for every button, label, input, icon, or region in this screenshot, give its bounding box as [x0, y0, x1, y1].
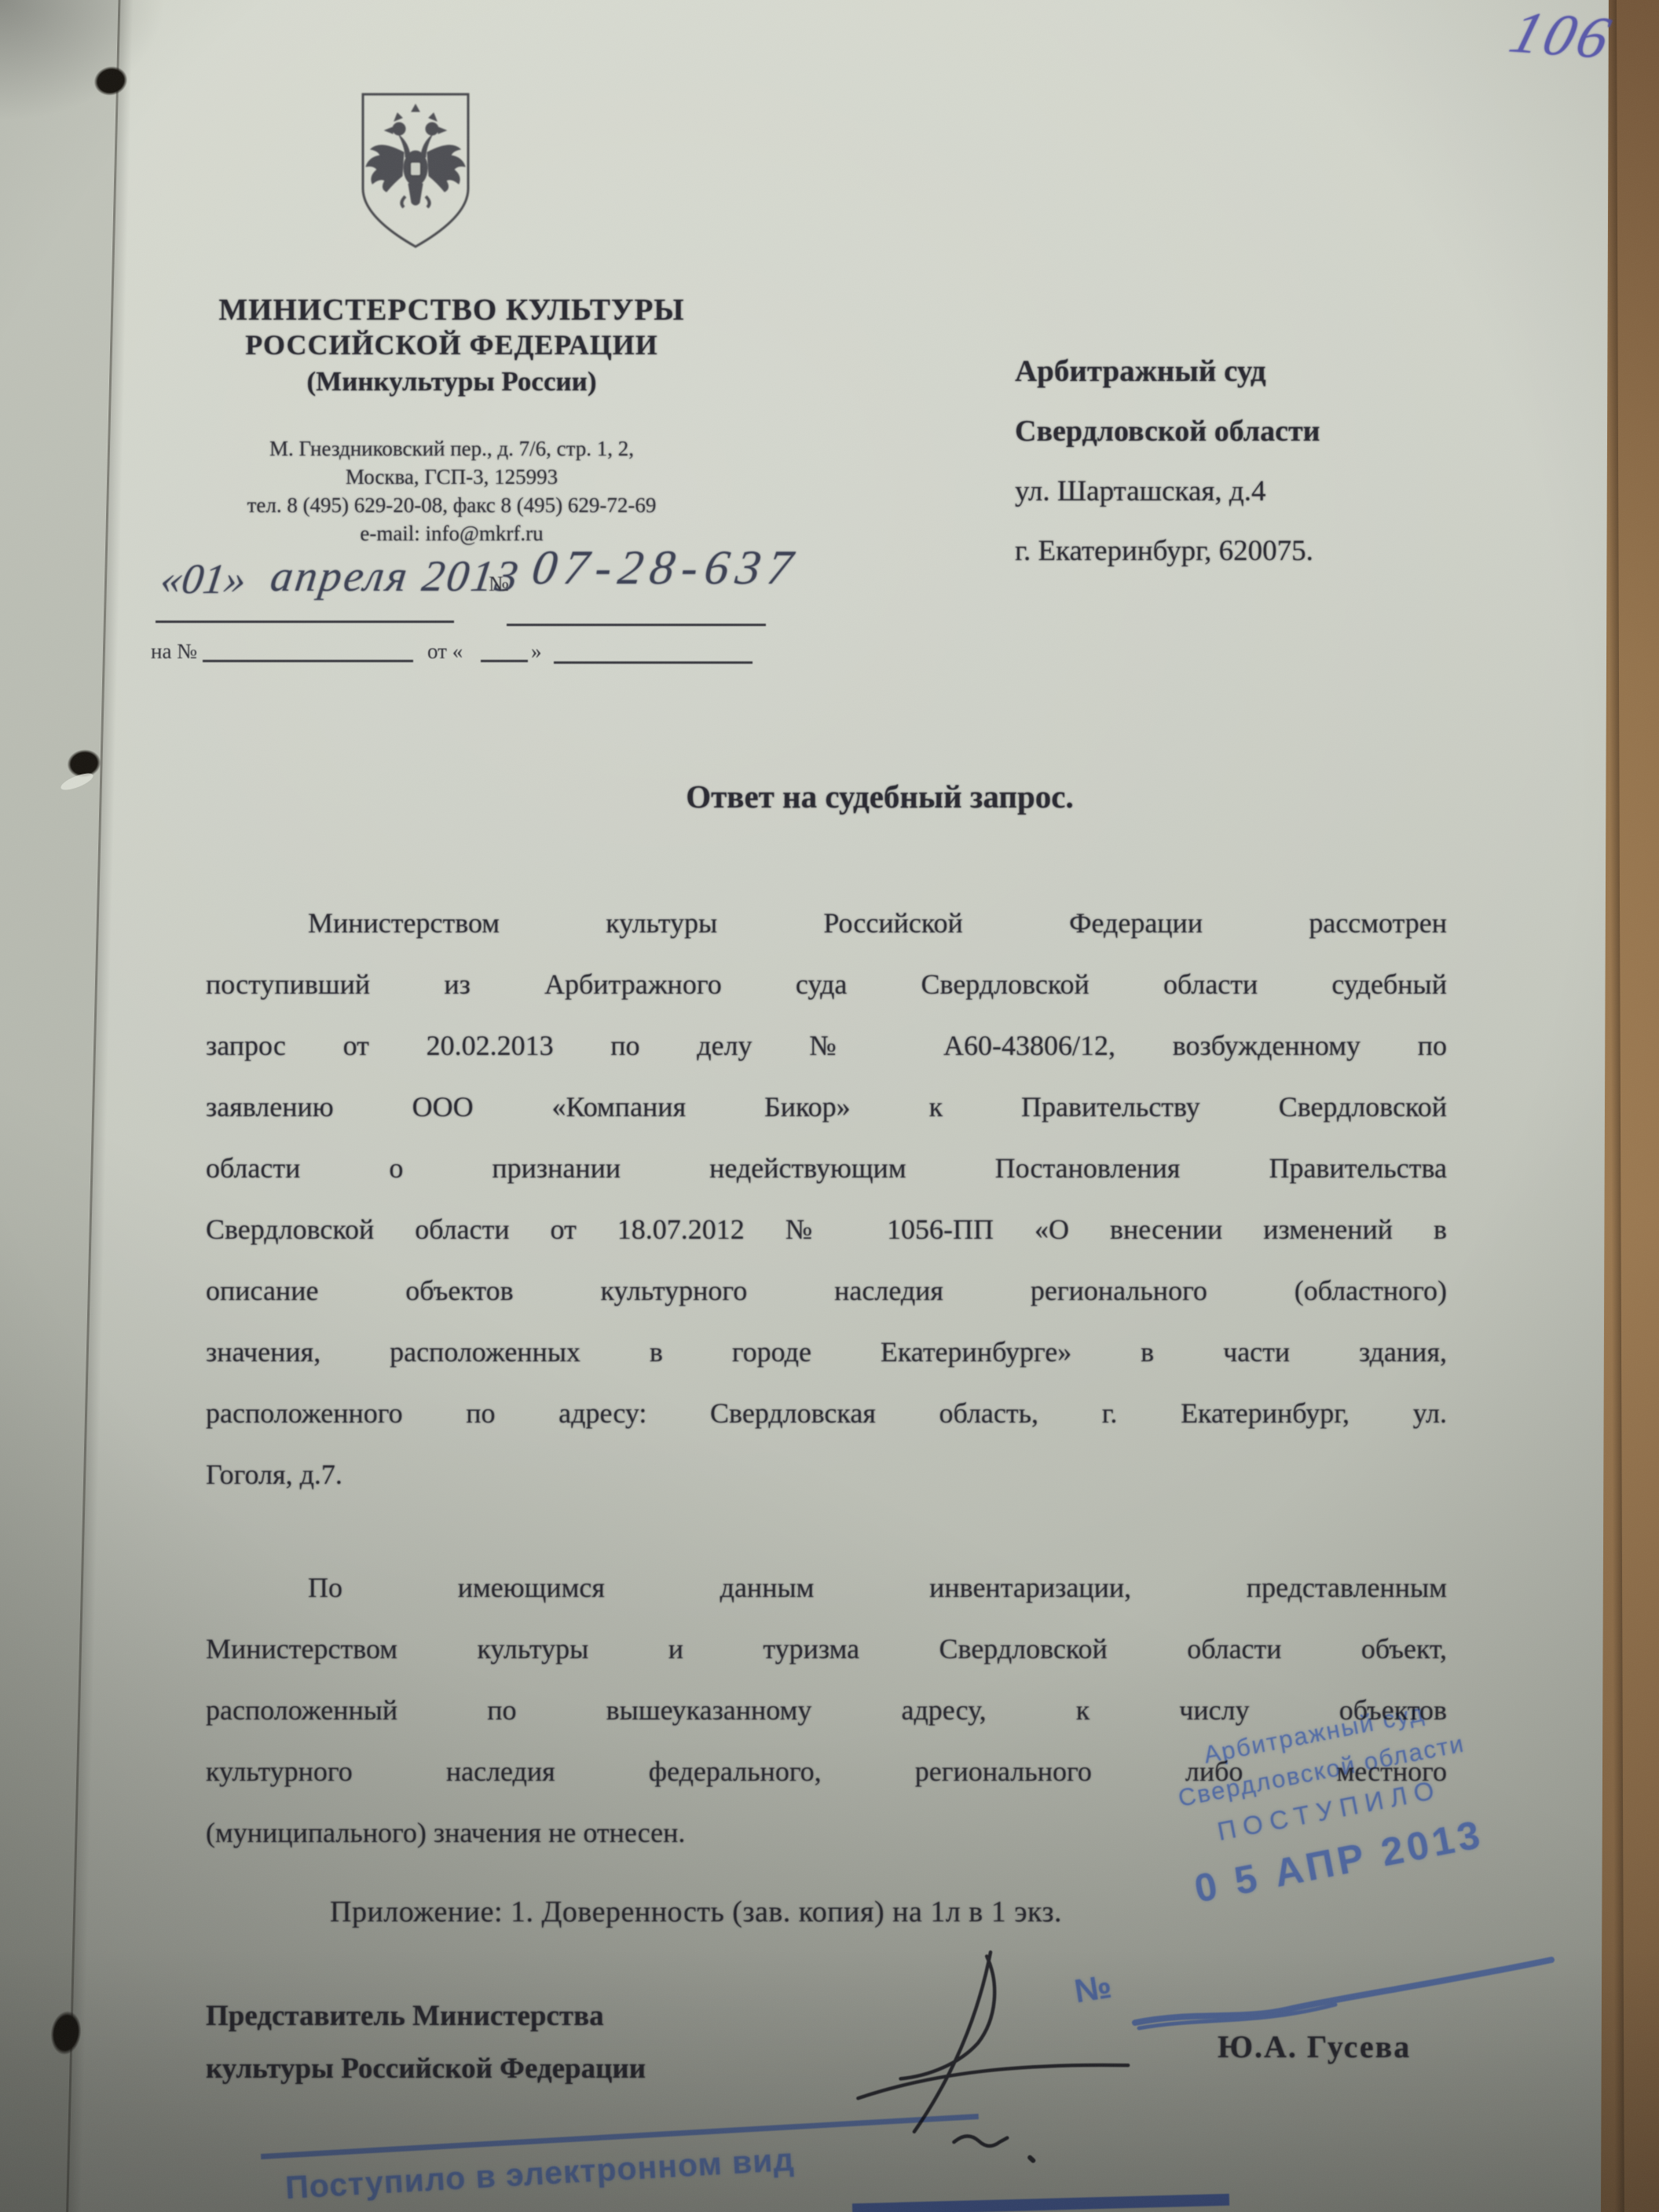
- letter-title: Ответ на судебный запрос.: [259, 778, 1500, 815]
- body-paragraph-1: Министерством культуры Российской Федера…: [206, 892, 1447, 1505]
- body-line: запрос от 20.02.2013 по делу № А60-43806…: [206, 1015, 1447, 1076]
- body-line: Гоголя, д.7.: [206, 1444, 1447, 1505]
- date-underline: [156, 621, 454, 623]
- recipient-line2: Свердловской области: [1015, 414, 1455, 449]
- number-underline: [507, 624, 766, 626]
- handwritten-date-day: «01»: [158, 555, 250, 603]
- body-line: По имеющимся данным инвентаризации, пред…: [206, 1557, 1447, 1618]
- document-photo: МИНИСТЕРСТВО КУЛЬТУРЫ РОССИЙСКОЙ ФЕДЕРАЦ…: [0, 0, 1659, 2212]
- paper-content: МИНИСТЕРСТВО КУЛЬТУРЫ РОССИЙСКОЙ ФЕДЕРАЦ…: [0, 0, 1659, 2212]
- reply-ref-prefix: на №: [151, 639, 197, 664]
- body-line: Свердловской области от 18.07.2012 № 105…: [206, 1199, 1447, 1260]
- printed-number-sign: №: [489, 572, 509, 596]
- org-address-line2: Москва, ГСП-3, 125993: [165, 465, 738, 489]
- body-line: области о признании недействующим Постан…: [206, 1137, 1447, 1199]
- handwritten-outgoing-number: 07-28-637: [529, 540, 803, 596]
- stamp-number-scribble: [1100, 1917, 1610, 2058]
- bottom-cutoff-stamp-bar: [852, 2194, 1229, 2212]
- org-name-line1: МИНИСТЕРСТВО КУЛЬТУРЫ: [181, 292, 723, 328]
- recipient-line3: ул. Шарташская, д.4: [1015, 474, 1455, 508]
- body-line: Министерством культуры Российской Федера…: [206, 892, 1447, 954]
- org-address-line3: тел. 8 (495) 629-20-08, факс 8 (495) 629…: [165, 493, 738, 518]
- page-number-handwritten: 106: [1503, 0, 1621, 73]
- handwritten-date-month-year: апреля 2013: [268, 551, 524, 602]
- body-line: значения, расположенных в городе Екатери…: [206, 1321, 1447, 1382]
- org-name-line2: РОССИЙСКОЙ ФЕДЕРАЦИИ: [181, 328, 723, 361]
- reply-from-open: от «: [427, 639, 463, 664]
- binder-hole-bottom: [42, 2001, 90, 2065]
- signer-position-line1: Представитель Министерства: [206, 1999, 834, 2033]
- org-address-line1: М. Гнездниковский пер., д. 7/6, стр. 1, …: [165, 437, 738, 461]
- org-short-name: (Минкультуры России): [181, 366, 723, 397]
- reply-from-close: »: [531, 639, 542, 664]
- recipient-line4: г. Екатеринбург, 620075.: [1015, 534, 1455, 568]
- reply-from-day-line: [481, 660, 528, 662]
- body-line: Министерством культуры и туризма Свердло…: [206, 1618, 1447, 1679]
- reply-ref-line: [203, 660, 413, 662]
- body-line: поступивший из Арбитражного суда Свердло…: [206, 954, 1447, 1015]
- coat-of-arms-icon: [353, 88, 478, 255]
- body-line: заявлению ООО «Компания Бикор» к Правите…: [206, 1076, 1447, 1137]
- recipient-line1: Арбитражный суд: [1015, 353, 1455, 389]
- body-line: описание объектов культурного наследия р…: [206, 1260, 1447, 1321]
- reply-from-date-line: [554, 661, 753, 664]
- body-line: расположенного по адресу: Свердловская о…: [206, 1382, 1447, 1444]
- signer-position-line2: культуры Российской Федерации: [206, 2052, 834, 2086]
